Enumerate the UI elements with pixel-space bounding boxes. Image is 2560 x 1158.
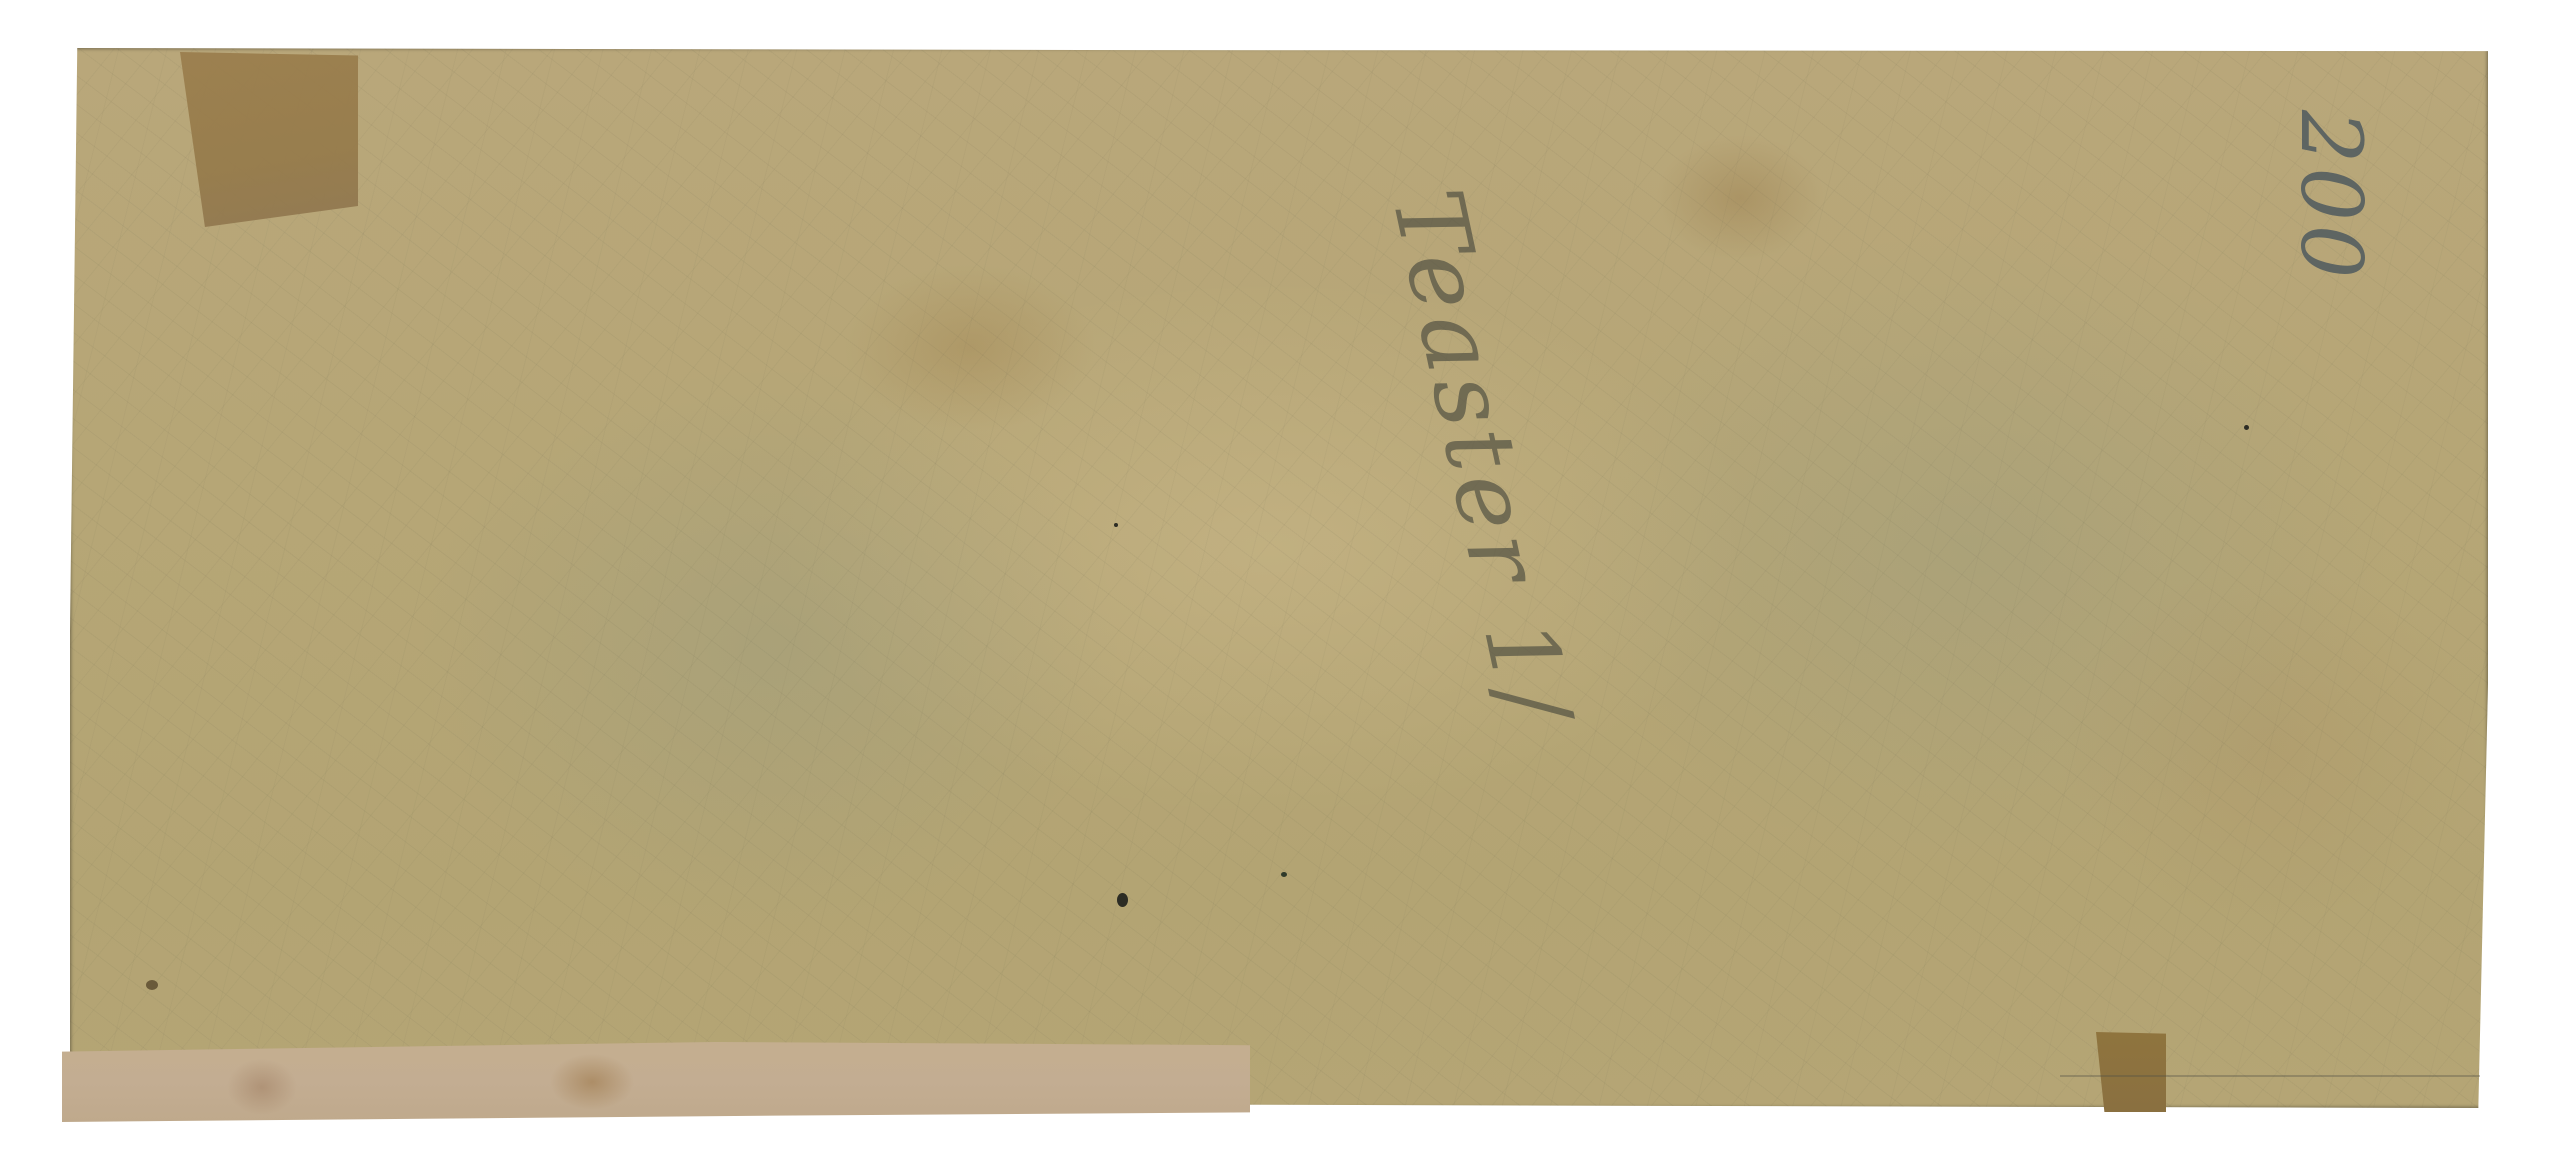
- tape-repair-top-left: [180, 52, 358, 227]
- tape-repair-bottom-right: [2096, 1032, 2166, 1112]
- scan-background: 200 Teaster 1/: [0, 0, 2560, 1158]
- tape-repair-bottom-left-strip: [62, 1042, 1250, 1122]
- ink-spot: [1281, 872, 1287, 877]
- ink-spot: [146, 980, 158, 990]
- ink-spot: [1114, 523, 1118, 527]
- printed-border-line: [2060, 1075, 2480, 1077]
- banknote-reverse: [70, 48, 2488, 1108]
- pencil-annotation-number: 200: [2282, 110, 2380, 282]
- ink-spot: [1117, 893, 1128, 907]
- ink-spot: [2244, 425, 2249, 430]
